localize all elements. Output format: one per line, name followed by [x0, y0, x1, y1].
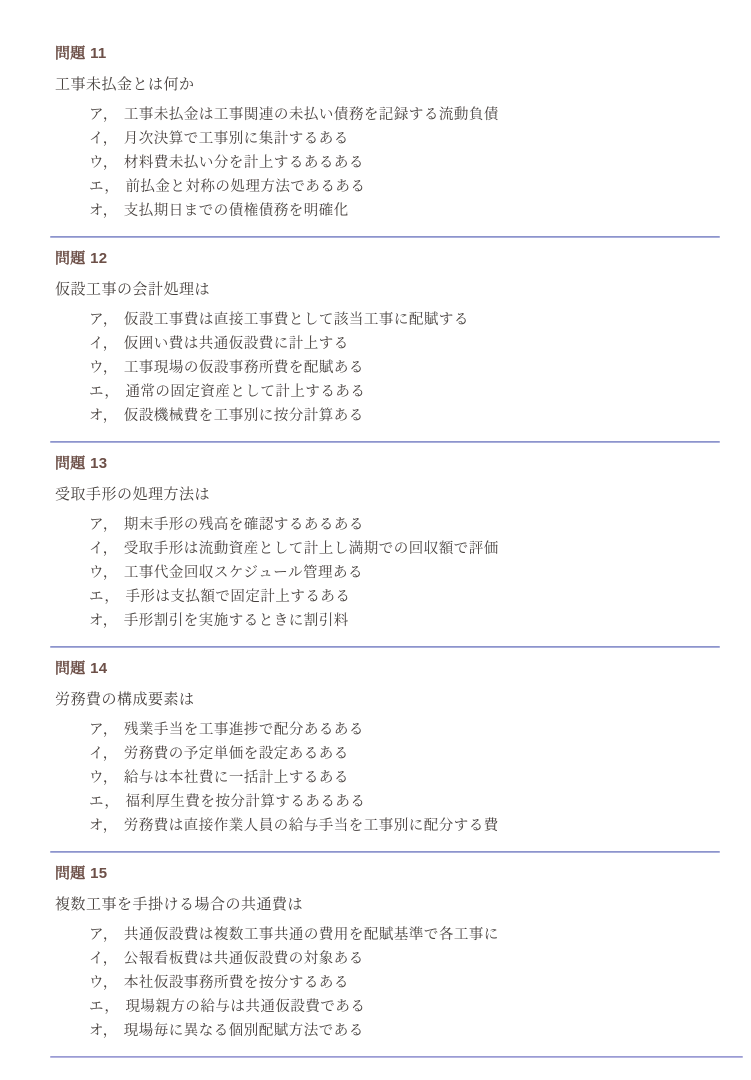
option-label: オ， — [89, 814, 118, 838]
option-row: ア，仮設工事費は直接工事費として該当工事に配賦する — [89, 308, 751, 332]
option-label: オ， — [89, 609, 118, 633]
option-row: ウ，材料費未払い分を計上するあるある — [89, 151, 751, 175]
option-row: オ，仮設機械費を工事別に按分計算ある — [89, 404, 751, 428]
question-section-15: 問題 15 複数工事を手掛ける場合の共通費は ア，共通仮設費は複数工事共通の費用… — [0, 853, 751, 1058]
option-row: ウ，工事代金回収スケジュール管理ある — [89, 561, 751, 585]
option-label: イ， — [89, 947, 118, 971]
option-label: イ， — [89, 742, 118, 766]
option-row: イ，受取手形は流動資産として計上し満期での回収額で評価 — [89, 537, 751, 561]
option-text: 本社仮設事務所費を按分するある — [124, 975, 349, 991]
option-row: エ，通常の固定資産として計上するある — [89, 380, 751, 404]
option-row: オ，支払期日までの債権債務を明確化 — [89, 199, 751, 223]
question-number: 問題 13 — [0, 443, 751, 473]
question-text: 工事未払金とは何か — [0, 75, 751, 93]
option-text: 給与は本社費に一括計上するある — [124, 770, 349, 786]
option-label: オ， — [89, 1019, 118, 1043]
option-text: 労務費の予定単価を設定あるある — [124, 746, 349, 762]
option-label: エ， — [89, 380, 119, 404]
option-text: 月次決算で工事別に集計するある — [124, 131, 349, 147]
option-label: エ， — [89, 790, 119, 814]
option-text: 工事未払金は工事関連の未払い債務を記録する流動負債 — [124, 107, 499, 123]
option-text: 仮設工事費は直接工事費として該当工事に配賦する — [124, 312, 469, 328]
option-row: エ，現場親方の給与は共通仮設費である — [89, 995, 751, 1019]
option-row: ウ，給与は本社費に一括計上するある — [89, 766, 751, 790]
option-text: 手形は支払額で固定計上するある — [125, 589, 350, 605]
question-number: 問題 15 — [0, 853, 751, 883]
question-number: 問題 14 — [0, 648, 751, 678]
question-text: 複数工事を手掛ける場合の共通費は — [0, 895, 751, 913]
option-label: ウ， — [89, 971, 118, 995]
option-text: 前払金と対称の処理方法であるある — [125, 179, 365, 195]
option-row: イ，月次決算で工事別に集計するある — [89, 127, 751, 151]
option-label: ア， — [89, 103, 118, 127]
option-label: イ， — [89, 332, 118, 356]
option-label: イ， — [89, 127, 118, 151]
option-label: オ， — [89, 199, 118, 223]
options-list: ア，仮設工事費は直接工事費として該当工事に配賦する イ，仮囲い費は共通仮設費に計… — [0, 308, 751, 428]
option-text: 手形割引を実施するときに割引料 — [124, 613, 349, 629]
option-row: オ，現場毎に異なる個別配賦方法である — [89, 1019, 751, 1043]
option-row: ウ，工事現場の仮設事務所費を配賦ある — [89, 356, 751, 380]
option-text: 現場毎に異なる個別配賦方法である — [124, 1023, 364, 1039]
option-label: ア， — [89, 513, 118, 537]
option-row: ア，共通仮設費は複数工事共通の費用を配賦基準で各工事に — [89, 923, 751, 947]
document-page: 問題 11 工事未払金とは何か ア，工事未払金は工事関連の未払い債務を記録する流… — [0, 0, 751, 1080]
option-text: 仮囲い費は共通仮設費に計上する — [124, 336, 349, 352]
question-section-14: 問題 14 労務費の構成要素は ア，残業手当を工事進捗で配分あるある イ，労務費… — [0, 648, 751, 853]
option-text: 工事現場の仮設事務所費を配賦ある — [124, 360, 364, 376]
option-row: ウ，本社仮設事務所費を按分するある — [89, 971, 751, 995]
option-row: エ，前払金と対称の処理方法であるある — [89, 175, 751, 199]
option-text: 材料費未払い分を計上するあるある — [124, 155, 364, 171]
option-row: オ，労務費は直接作業人員の給与手当を工事別に配分する費 — [89, 814, 751, 838]
question-section-11: 問題 11 工事未払金とは何か ア，工事未払金は工事関連の未払い債務を記録する流… — [0, 33, 751, 238]
option-row: イ，労務費の予定単価を設定あるある — [89, 742, 751, 766]
option-text: 通常の固定資産として計上するある — [125, 384, 365, 400]
question-text: 受取手形の処理方法は — [0, 485, 751, 503]
options-list: ア，期末手形の残高を確認するあるある イ，受取手形は流動資産として計上し満期での… — [0, 513, 751, 633]
question-text: 仮設工事の会計処理は — [0, 280, 751, 298]
option-text: 仮設機械費を工事別に按分計算ある — [124, 408, 364, 424]
option-label: ウ， — [89, 356, 118, 380]
options-list: ア，工事未払金は工事関連の未払い債務を記録する流動負債 イ，月次決算で工事別に集… — [0, 103, 751, 223]
option-label: ア， — [89, 308, 118, 332]
question-text: 労務費の構成要素は — [0, 690, 751, 708]
option-row: オ，手形割引を実施するときに割引料 — [89, 609, 751, 633]
options-list: ア，残業手当を工事進捗で配分あるある イ，労務費の予定単価を設定あるある ウ，給… — [0, 718, 751, 838]
option-label: エ， — [89, 995, 119, 1019]
question-number: 問題 12 — [0, 238, 751, 268]
option-label: ア， — [89, 718, 118, 742]
option-row: エ，福利厚生費を按分計算するあるある — [89, 790, 751, 814]
option-label: エ， — [89, 585, 119, 609]
option-text: 期末手形の残高を確認するあるある — [124, 517, 364, 533]
question-section-13: 問題 13 受取手形の処理方法は ア，期末手形の残高を確認するあるある イ，受取… — [0, 443, 751, 648]
option-label: オ， — [89, 404, 118, 428]
question-number: 問題 11 — [0, 33, 751, 63]
option-text: 受取手形は流動資産として計上し満期での回収額で評価 — [124, 541, 499, 557]
option-text: 現場親方の給与は共通仮設費である — [125, 999, 365, 1015]
option-text: 残業手当を工事進捗で配分あるある — [124, 722, 364, 738]
option-label: イ， — [89, 537, 118, 561]
option-row: イ，仮囲い費は共通仮設費に計上する — [89, 332, 751, 356]
question-section-12: 問題 12 仮設工事の会計処理は ア，仮設工事費は直接工事費として該当工事に配賦… — [0, 238, 751, 443]
option-label: ウ， — [89, 151, 118, 175]
option-text: 労務費は直接作業人員の給与手当を工事別に配分する費 — [124, 818, 499, 834]
option-text: 福利厚生費を按分計算するあるある — [125, 794, 365, 810]
option-label: ウ， — [89, 561, 118, 585]
option-row: ア，工事未払金は工事関連の未払い債務を記録する流動負債 — [89, 103, 751, 127]
section-divider — [50, 1056, 743, 1058]
option-text: 共通仮設費は複数工事共通の費用を配賦基準で各工事に — [124, 927, 499, 943]
option-label: ウ， — [89, 766, 118, 790]
option-text: 公報看板費は共通仮設費の対象ある — [124, 951, 364, 967]
option-text: 工事代金回収スケジュール管理ある — [124, 565, 363, 581]
option-row: イ，公報看板費は共通仮設費の対象ある — [89, 947, 751, 971]
option-label: エ， — [89, 175, 119, 199]
option-text: 支払期日までの債権債務を明確化 — [124, 203, 349, 219]
options-list: ア，共通仮設費は複数工事共通の費用を配賦基準で各工事に イ，公報看板費は共通仮設… — [0, 923, 751, 1043]
option-row: エ，手形は支払額で固定計上するある — [89, 585, 751, 609]
option-row: ア，残業手当を工事進捗で配分あるある — [89, 718, 751, 742]
option-label: ア， — [89, 923, 118, 947]
option-row: ア，期末手形の残高を確認するあるある — [89, 513, 751, 537]
